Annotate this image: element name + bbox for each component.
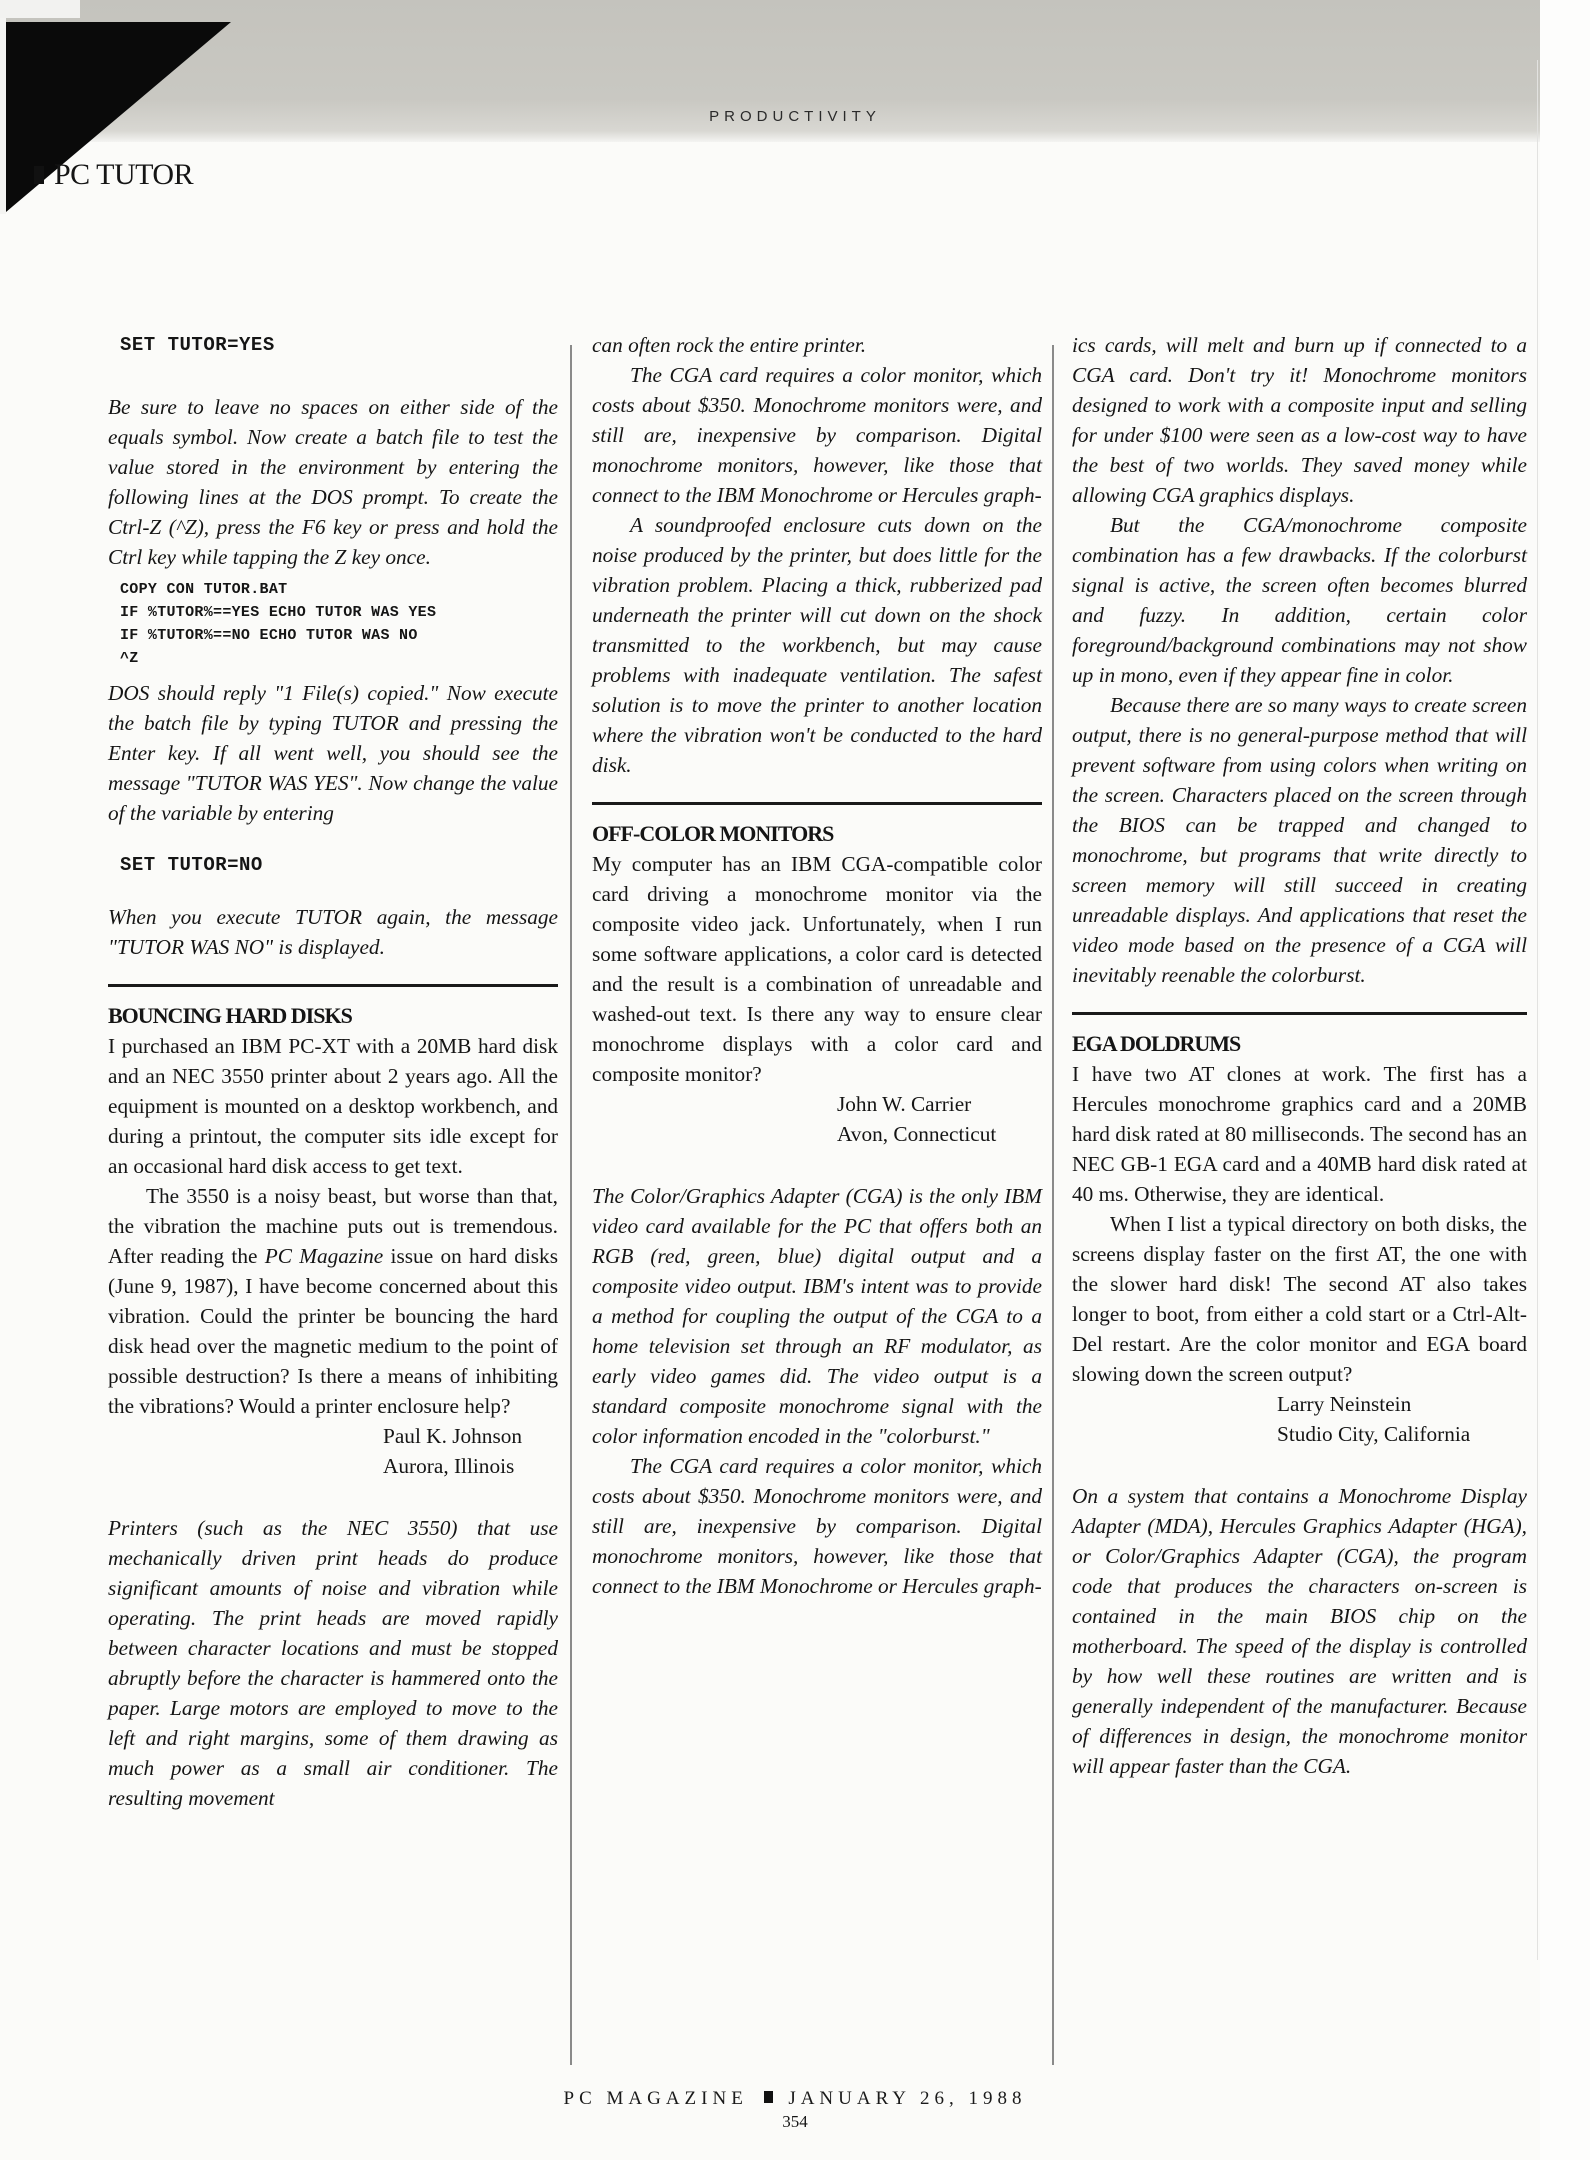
column-title: PC TUTOR bbox=[34, 158, 193, 192]
section-heading: EGA DOLDRUMS bbox=[1072, 1029, 1527, 1059]
answer-paragraph: DOS should reply "1 File(s) copied." Now… bbox=[108, 678, 558, 828]
column-title-text: PC TUTOR bbox=[54, 158, 193, 192]
column-divider bbox=[1052, 345, 1054, 2065]
signature-place: Aurora, Illinois bbox=[108, 1451, 558, 1481]
square-bullet-icon bbox=[34, 166, 44, 184]
column-3: ics cards, will melt and burn up if conn… bbox=[1072, 330, 1527, 1781]
right-page-margin bbox=[1540, 0, 1590, 2160]
text-run: issue on hard disks (June 9, 1987), I ha… bbox=[108, 1244, 558, 1418]
answer-paragraph: When you execute TUTOR again, the messag… bbox=[108, 902, 558, 962]
page-footer: PC MAGAZINE JANUARY 26, 1988 bbox=[0, 2088, 1590, 2110]
section-label: PRODUCTIVITY bbox=[0, 108, 1590, 125]
section-heading: BOUNCING HARD DISKS bbox=[108, 1001, 558, 1031]
answer-paragraph: But the CGA/monochrome composite combina… bbox=[1072, 510, 1527, 690]
answer-paragraph: can often rock the entire printer. bbox=[592, 330, 1042, 360]
column-divider bbox=[570, 345, 572, 2065]
answer-paragraph: Be sure to leave no spaces on either sid… bbox=[108, 392, 558, 572]
section-divider bbox=[592, 802, 1042, 805]
answer-paragraph: The CGA card requires a color monitor, w… bbox=[592, 1451, 1042, 1601]
answer-paragraph: The CGA card requires a color monitor, w… bbox=[592, 360, 1042, 510]
answer-paragraph: On a system that contains a Monochrome D… bbox=[1072, 1481, 1527, 1781]
question-paragraph: My computer has an IBM CGA-compatible co… bbox=[592, 849, 1042, 1089]
answer-paragraph: The Color/Graphics Adapter (CGA) is the … bbox=[592, 1181, 1042, 1451]
page-edge-line bbox=[1537, 60, 1538, 1960]
answer-paragraph: A soundproofed enclosure cuts down on th… bbox=[592, 510, 1042, 780]
header-strip bbox=[0, 0, 80, 18]
signature-place: Avon, Connecticut bbox=[592, 1119, 1042, 1149]
question-paragraph: The 3550 is a noisy beast, but worse tha… bbox=[108, 1181, 558, 1421]
square-bullet-icon bbox=[764, 2091, 773, 2103]
question-paragraph: I purchased an IBM PC-XT with a 20MB har… bbox=[108, 1031, 558, 1181]
code-line: SET TUTOR=NO bbox=[120, 850, 558, 880]
section-heading: OFF-COLOR MONITORS bbox=[592, 819, 1042, 849]
code-line: SET TUTOR=YES bbox=[120, 330, 558, 360]
answer-paragraph: Because there are so many ways to create… bbox=[1072, 690, 1527, 990]
signature-name: Paul K. Johnson bbox=[108, 1421, 558, 1451]
answer-paragraph: Printers (such as the NEC 3550) that use… bbox=[108, 1513, 558, 1813]
section-divider bbox=[1072, 1012, 1527, 1015]
answer-paragraph: ics cards, will melt and burn up if conn… bbox=[1072, 330, 1527, 510]
code-block: COPY CON TUTOR.BAT IF %TUTOR%==YES ECHO … bbox=[120, 578, 558, 670]
question-paragraph: When I list a typical directory on both … bbox=[1072, 1209, 1527, 1389]
question-paragraph: I have two AT clones at work. The first … bbox=[1072, 1059, 1527, 1209]
publication-name: PC MAGAZINE bbox=[564, 2088, 748, 2109]
signature-name: John W. Carrier bbox=[592, 1089, 1042, 1119]
column-1: SET TUTOR=YES Be sure to leave no spaces… bbox=[108, 330, 558, 1813]
column-2: can often rock the entire printer. The C… bbox=[592, 330, 1042, 1601]
magazine-name: PC Magazine bbox=[265, 1244, 384, 1268]
signature-name: Larry Neinstein bbox=[1072, 1389, 1527, 1419]
section-divider bbox=[108, 984, 558, 987]
page-number: 354 bbox=[0, 2112, 1590, 2132]
signature-place: Studio City, California bbox=[1072, 1419, 1527, 1449]
issue-date: JANUARY 26, 1988 bbox=[788, 2088, 1026, 2109]
